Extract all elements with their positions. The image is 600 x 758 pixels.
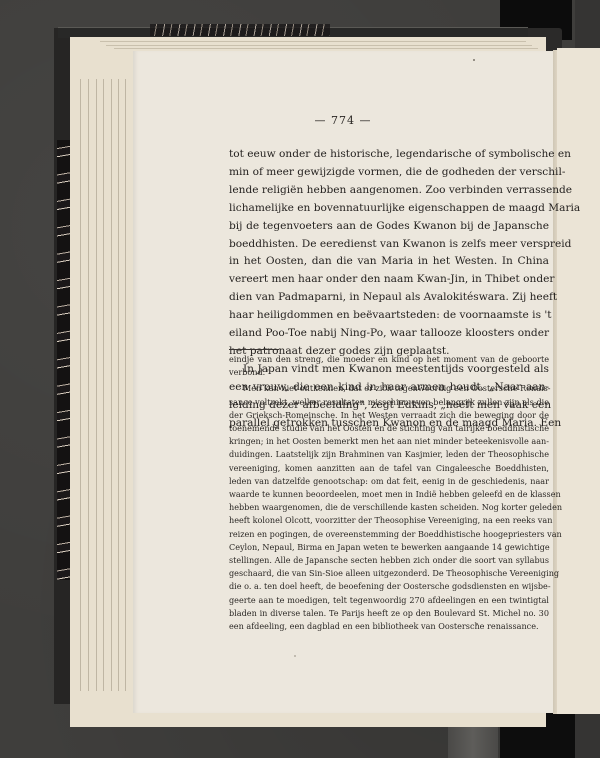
footnote-text: eindje van den streng, die moeder en kin… xyxy=(229,353,549,633)
footnote-line: heeft kolonel Olcott, voorzitter der The… xyxy=(229,514,549,527)
footnote-line: duidingen. Laatstelijk zijn Brahminen va… xyxy=(229,448,549,461)
footnote-divider xyxy=(229,349,279,350)
page-number: — 774 — xyxy=(133,114,553,127)
text-line: min of meer gewijzigde vormen, die de go… xyxy=(229,164,549,182)
footnote-line: sance voltrekt, welker resultaten missch… xyxy=(229,396,549,409)
paper-speck xyxy=(294,655,296,657)
text-line: lichamelijke en bovennatuurlijke eigensc… xyxy=(229,200,549,218)
footnote-line: Ceylon, Nepaul, Birma en Japan weten te … xyxy=(229,541,549,554)
book-page: — 774 — tot eeuw onder de historische, l… xyxy=(133,51,553,713)
text-line: vereert men haar onder den naam Kwan-Jin… xyxy=(229,271,549,289)
footnote-line: toenemende studie van het Oosten en de s… xyxy=(229,422,549,435)
footnote-line: waarde te kunnen beoordeelen, moet men i… xyxy=(229,488,549,501)
footnote-line: der Grieksch-Romeinsche. In het Westen v… xyxy=(229,409,549,422)
text-line: lende religiën hebben aangenomen. Zoo ve… xyxy=(229,182,549,200)
footnote-line: geschaard, die van Sin-Sioe alleen uitge… xyxy=(229,567,549,580)
footnote-line: verbond." xyxy=(229,366,549,379)
text-line: eiland Poo-Toe nabij Ning-Po, waar tallo… xyxy=(229,325,549,343)
footnote-line: hebben waargenomen, die de verschillende… xyxy=(229,501,549,514)
text-line: dien van Padmaparni, in Nepaul als Avalo… xyxy=(229,289,549,307)
footnote-line: geerte aan te moedigen, telt tegenwoordi… xyxy=(229,594,549,607)
footnote-line: vereeniging, komen aanzitten aan de tafe… xyxy=(229,462,549,475)
footnote-line: leden van datzelfde genootschap: om dat … xyxy=(229,475,549,488)
paper-speck xyxy=(473,59,475,61)
footnote-line: een afdeeling, een dagblad en een biblio… xyxy=(229,620,549,633)
footnote-line: bladen in diverse talen. Te Parijs heeft… xyxy=(229,607,549,620)
footnote-line: stellingen. Alle de Japansche secten heb… xyxy=(229,554,549,567)
footnote-line: die o. a. ten doel heeft, de beoefening … xyxy=(229,580,549,593)
footnote-line: eindje van den streng, die moeder en kin… xyxy=(229,353,549,366)
paper-speck xyxy=(476,623,478,625)
text-line: bij de tegenvoeters aan de Godes Kwanon … xyxy=(229,218,549,236)
marbled-endpaper-top xyxy=(150,24,330,36)
text-line: in het Oosten, dan die van Maria in het … xyxy=(229,253,549,271)
text-line: haar heiligdommen en beëvaartsteden: de … xyxy=(229,307,549,325)
text-line: boeddhisten. De eeredienst van Kwanon is… xyxy=(229,236,549,254)
footnote-line: Men kan niet ontkennen, dat er zich tege… xyxy=(229,382,549,395)
footnote-line: kringen; in het Oosten bemerkt men het a… xyxy=(229,435,549,448)
text-line: tot eeuw onder de historische, legendari… xyxy=(229,146,549,164)
footnote-line: reizen en pogingen, de overeenstemming d… xyxy=(229,528,549,541)
